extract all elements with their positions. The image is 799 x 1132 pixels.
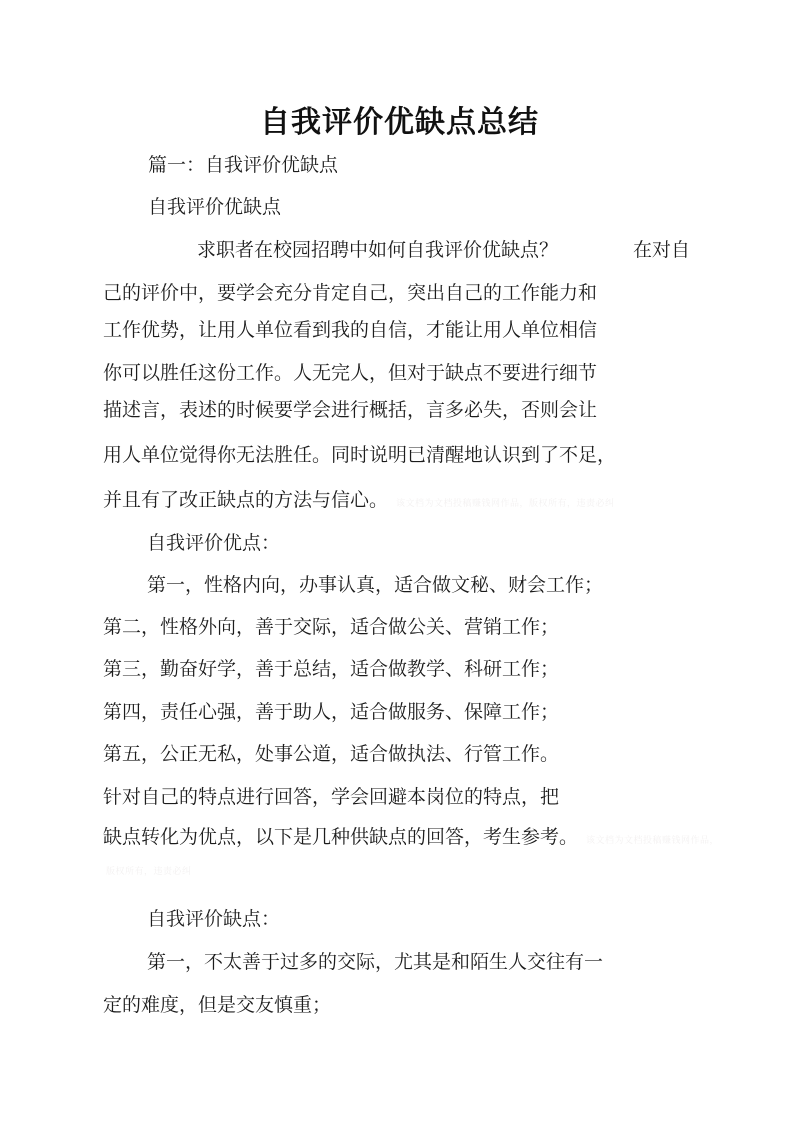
watermark-text: 版权所有，违责必纠	[106, 864, 192, 877]
doc-line: 自我评价缺点：	[147, 909, 280, 932]
line-segment: 并且有了改正缺点的方法与信心。	[103, 490, 388, 511]
doc-title: 自我评价优缺点总结	[0, 97, 799, 141]
doc-line: 你可以胜任这份工作。人无完人，但对于缺点不要进行细节	[103, 363, 597, 386]
doc-line: 用人单位觉得你无法胜任。同时说明已清醒地认识到了不足，	[103, 445, 616, 468]
doc-line: 第一，不太善于过多的交际，尤其是和陌生人交往有一	[147, 952, 603, 975]
doc-line: 针对自己的特点进行回答，学会回避本岗位的特点，把	[103, 787, 559, 810]
doc-line: 第三，勤奋好学，善于总结，适合做教学、科研工作；	[103, 659, 559, 682]
doc-line: 己的评价中，要学会充分肯定自己，突出自己的工作能力和	[103, 283, 597, 306]
doc-line: 缺点转化为优点，以下是几种供缺点的回答，考生参考。该文档为文档投稿赚钱网作品，	[103, 827, 719, 850]
doc-line: 第四，责任心强，善于助人，适合做服务、保障工作；	[103, 702, 559, 725]
doc-line: 第五，公正无私，处事公道，适合做执法、行管工作。	[103, 744, 559, 767]
doc-line: 第二，性格外向，善于交际，适合做公关、营销工作；	[103, 617, 559, 640]
line-segment: 缺点转化为优点，以下是几种供缺点的回答，考生参考。	[103, 827, 578, 848]
doc-line: 定的难度，但是交友慎重；	[103, 995, 331, 1018]
doc-line: 求职者在校园招聘中如何自我评价优缺点？ 在对自	[197, 240, 690, 263]
document-page: 自我评价优缺点总结 篇一：自我评价优缺点 自我评价优缺点 求职者在校园招聘中如何…	[0, 0, 799, 1132]
doc-line: 自我评价优点：	[147, 533, 280, 556]
line-segment: 求职者在校园招聘中如何自我评价优缺点？	[197, 240, 558, 263]
line-segment: 在对自	[633, 240, 690, 263]
doc-line: 第一，性格内向，办事认真，适合做文秘、财会工作；	[147, 575, 603, 598]
watermark-text: 该文档为文档投稿赚钱网作品，	[586, 835, 719, 845]
watermark-text: 该文档为文档投稿赚钱网作品，版权所有，违责必纠	[396, 498, 615, 508]
doc-line: 自我评价优缺点	[148, 197, 281, 220]
doc-line: 描述言，表述的时候要学会进行概括，言多必失，否则会让	[103, 400, 597, 423]
doc-line: 并且有了改正缺点的方法与信心。该文档为文档投稿赚钱网作品，版权所有，违责必纠	[103, 490, 615, 513]
doc-line: 篇一：自我评价优缺点	[148, 155, 338, 178]
doc-line: 工作优势，让用人单位看到我的自信，才能让用人单位相信	[103, 320, 597, 343]
